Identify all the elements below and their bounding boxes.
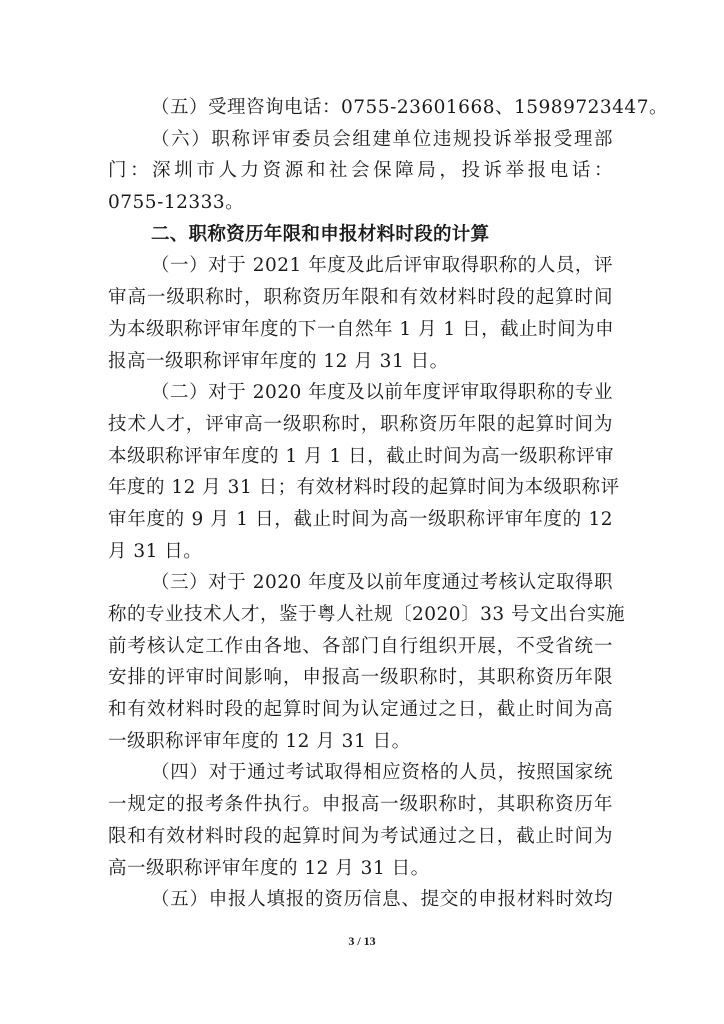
page-number: 3 / 13 bbox=[0, 934, 724, 949]
paragraph-line: 安排的评审时间影响，申报高一级职称时，其职称资历年限 bbox=[108, 662, 613, 694]
paragraph-line: （五）申报人填报的资历信息、提交的申报材料时效均 bbox=[108, 884, 613, 916]
document-page: （五）受理咨询电话：0755-23601668、15989723447。 （六）… bbox=[0, 0, 724, 1024]
paragraph-line: 年度的 12 月 31 日；有效材料时段的起算时间为本级职称评 bbox=[108, 472, 613, 504]
paragraph-line: 限和有效材料时段的起算时间为考试通过之日，截止时间为 bbox=[108, 821, 613, 853]
paragraph-line: （四）对于通过考试取得相应资格的人员，按照国家统 bbox=[108, 757, 613, 789]
section-heading: 二、职称资历年限和申报材料时段的计算 bbox=[108, 219, 613, 251]
paragraph-line: 月 31 日。 bbox=[108, 536, 613, 568]
paragraph-line: 一规定的报考条件执行。申报高一级职称时，其职称资历年 bbox=[108, 789, 613, 821]
paragraph-line: 报高一级职称评审年度的 12 月 31 日。 bbox=[108, 346, 613, 378]
paragraph-line: 称的专业技术人才，鉴于粤人社规〔2020〕33 号文出台实施 bbox=[108, 599, 613, 631]
paragraph-line: 和有效材料时段的起算时间为认定通过之日，截止时间为高 bbox=[108, 694, 613, 726]
paragraph-line: （一）对于 2021 年度及此后评审取得职称的人员，评 bbox=[108, 250, 613, 282]
paragraph-line: 一级职称评审年度的 12 月 31 日。 bbox=[108, 726, 613, 758]
paragraph-line: 前考核认定工作由各地、各部门自行组织开展，不受省统一 bbox=[108, 631, 613, 663]
paragraph-line: 高一级职称评审年度的 12 月 31 日。 bbox=[108, 853, 613, 885]
paragraph-line: 0755-12333。 bbox=[108, 187, 613, 219]
paragraph-line: 技术人才，评审高一级职称时，职称资历年限的起算时间为 bbox=[108, 409, 613, 441]
paragraph-line: 为本级职称评审年度的下一自然年 1 月 1 日，截止时间为申 bbox=[108, 314, 613, 346]
document-body: （五）受理咨询电话：0755-23601668、15989723447。 （六）… bbox=[108, 92, 613, 916]
paragraph-line: （五）受理咨询电话：0755-23601668、15989723447。 bbox=[108, 92, 613, 124]
paragraph-line: （六）职称评审委员会组建单位违规投诉举报受理部 bbox=[108, 124, 613, 156]
paragraph-line: 审年度的 9 月 1 日，截止时间为高一级职称评审年度的 12 bbox=[108, 504, 613, 536]
paragraph-line: （二）对于 2020 年度及以前年度评审取得职称的专业 bbox=[108, 377, 613, 409]
paragraph-line: （三）对于 2020 年度及以前年度通过考核认定取得职 bbox=[108, 567, 613, 599]
paragraph-line: 门：深圳市人力资源和社会保障局，投诉举报电话： bbox=[108, 155, 613, 187]
paragraph-line: 本级职称评审年度的 1 月 1 日，截止时间为高一级职称评审 bbox=[108, 441, 613, 473]
paragraph-line: 审高一级职称时，职称资历年限和有效材料时段的起算时间 bbox=[108, 282, 613, 314]
